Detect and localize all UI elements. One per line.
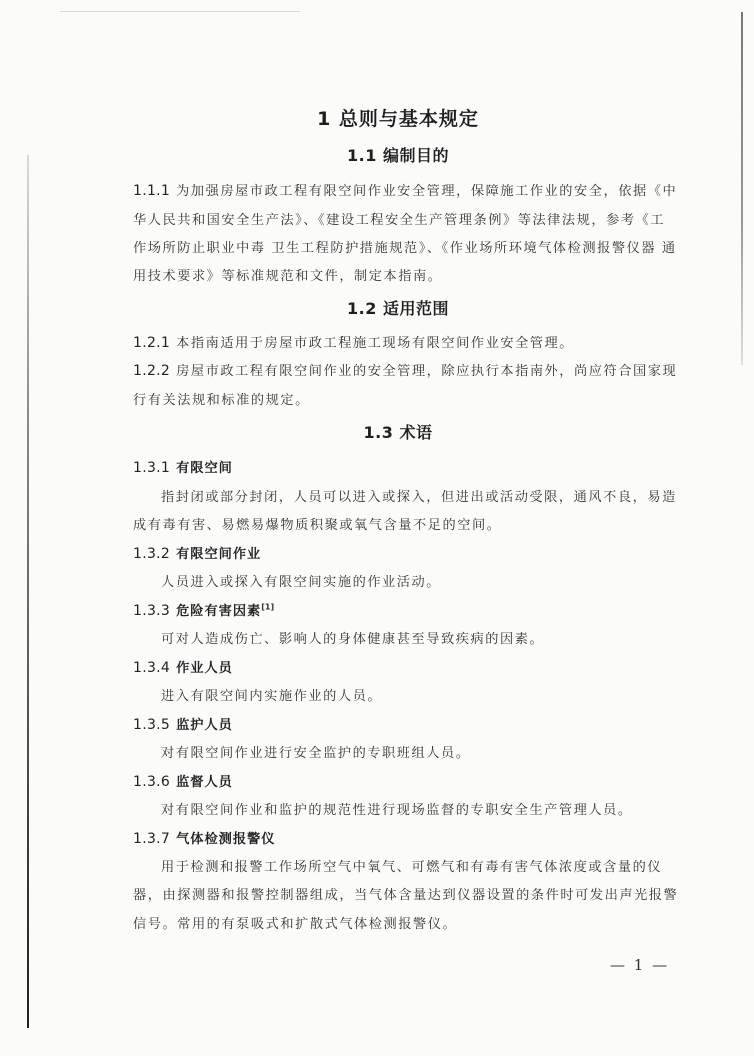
section-title-1-2: 1.2 适用范围	[133, 296, 663, 319]
clause-1-1-1-line-4: 用技术要求》等标准规范和文件，制定本指南。	[133, 265, 443, 284]
clause-text: 为加强房屋市政工程有限空间作业安全管理，保障施工作业的安全，依据《中	[176, 184, 677, 199]
term-number: 1.3.7	[133, 831, 170, 847]
term-name: 有限空间作业	[176, 547, 261, 562]
clause-number: 1.2.2	[133, 363, 170, 379]
page-number: — 1 —	[610, 956, 669, 974]
section-title-1-3: 1.3 术语	[133, 420, 663, 443]
term-definition-1-3-1-line-2: 成有毒有害、易燃易爆物质积聚或氧气含量不足的空间。	[133, 514, 501, 533]
section-title-1-1: 1.1 编制目的	[133, 143, 663, 166]
term-definition-1-3-5: 对有限空间作业进行安全监护的专职班组人员。	[161, 742, 471, 761]
term-heading-1-3-3: 1.3.3危险有害因素[1]	[133, 600, 274, 619]
clause-1-1-1-line-1: 1.1.1为加强房屋市政工程有限空间作业安全管理，保障施工作业的安全，依据《中	[133, 180, 677, 199]
term-definition-1-3-7-line-2: 器，由探测器和报警控制器组成，当气体含量达到仪器设置的条件时可发出声光报警	[133, 884, 678, 903]
term-number: 1.3.1	[133, 460, 170, 476]
term-definition-1-3-3: 可对人造成伤亡、影响人的身体健康甚至导致疾病的因素。	[161, 628, 544, 647]
term-heading-1-3-4: 1.3.4作业人员	[133, 657, 233, 676]
term-name: 气体检测报警仪	[176, 832, 275, 847]
term-name: 监护人员	[176, 718, 233, 733]
term-definition-1-3-1-line-1: 指封闭或部分封闭，人员可以进入或探入，但进出或活动受限，通风不良，易造	[161, 486, 677, 505]
footnote-reference: [1]	[261, 603, 274, 612]
term-heading-1-3-1: 1.3.1有限空间	[133, 457, 233, 476]
clause-1-2-2-line-1: 1.2.2房屋市政工程有限空间作业的安全管理，除应执行本指南外，尚应符合国家现	[133, 360, 677, 379]
document-page: 1 总则与基本规定 1.1 编制目的 1.1.1为加强房屋市政工程有限空间作业安…	[0, 0, 754, 1056]
term-number: 1.3.5	[133, 717, 170, 733]
term-heading-1-3-7: 1.3.7气体检测报警仪	[133, 828, 275, 847]
term-definition-1-3-7-line-3: 信号。常用的有泵吸式和扩散式气体检测报警仪。	[133, 913, 457, 932]
clause-1-1-1-line-3: 作场所防止职业中毒 卫生工程防护措施规范》、《作业场所环境气体检测报警仪器 通	[133, 237, 677, 256]
clause-1-2-1: 1.2.1本指南适用于房屋市政工程施工现场有限空间作业安全管理。	[133, 332, 574, 351]
scan-edge-right	[741, 12, 743, 365]
term-heading-1-3-2: 1.3.2有限空间作业	[133, 543, 261, 562]
clause-text: 房屋市政工程有限空间作业的安全管理，除应执行本指南外，尚应符合国家现	[176, 364, 677, 379]
term-definition-1-3-4: 进入有限空间内实施作业的人员。	[161, 685, 382, 704]
term-definition-1-3-7-line-1: 用于检测和报警工作场所空气中氧气、可燃气和有毒有害气体浓度或含量的仪	[161, 856, 662, 875]
clause-number: 1.2.1	[133, 335, 170, 351]
term-name: 作业人员	[176, 661, 233, 676]
scan-artifact-line	[60, 11, 300, 12]
clause-number: 1.1.1	[133, 183, 170, 199]
chapter-title: 1 总则与基本规定	[133, 104, 663, 131]
term-name: 监督人员	[176, 775, 233, 790]
binding-edge-left	[27, 155, 29, 1028]
term-definition-1-3-2: 人员进入或探入有限空间实施的作业活动。	[161, 571, 441, 590]
term-number: 1.3.3	[133, 603, 170, 619]
term-number: 1.3.2	[133, 546, 170, 562]
clause-1-2-2-line-2: 行有关法规和标准的规定。	[133, 389, 310, 408]
term-heading-1-3-5: 1.3.5监护人员	[133, 714, 233, 733]
term-name: 危险有害因素	[176, 604, 261, 619]
term-heading-1-3-6: 1.3.6监督人员	[133, 771, 233, 790]
term-name: 有限空间	[176, 461, 233, 476]
term-number: 1.3.4	[133, 660, 170, 676]
term-number: 1.3.6	[133, 774, 170, 790]
clause-text: 本指南适用于房屋市政工程施工现场有限空间作业安全管理。	[176, 336, 574, 351]
term-definition-1-3-6: 对有限空间作业和监护的规范性进行现场监督的专职安全生产管理人员。	[161, 799, 633, 818]
clause-1-1-1-line-2: 华人民共和国安全生产法》、《建设工程安全生产管理条例》等法律法规，参考《工	[133, 209, 665, 228]
